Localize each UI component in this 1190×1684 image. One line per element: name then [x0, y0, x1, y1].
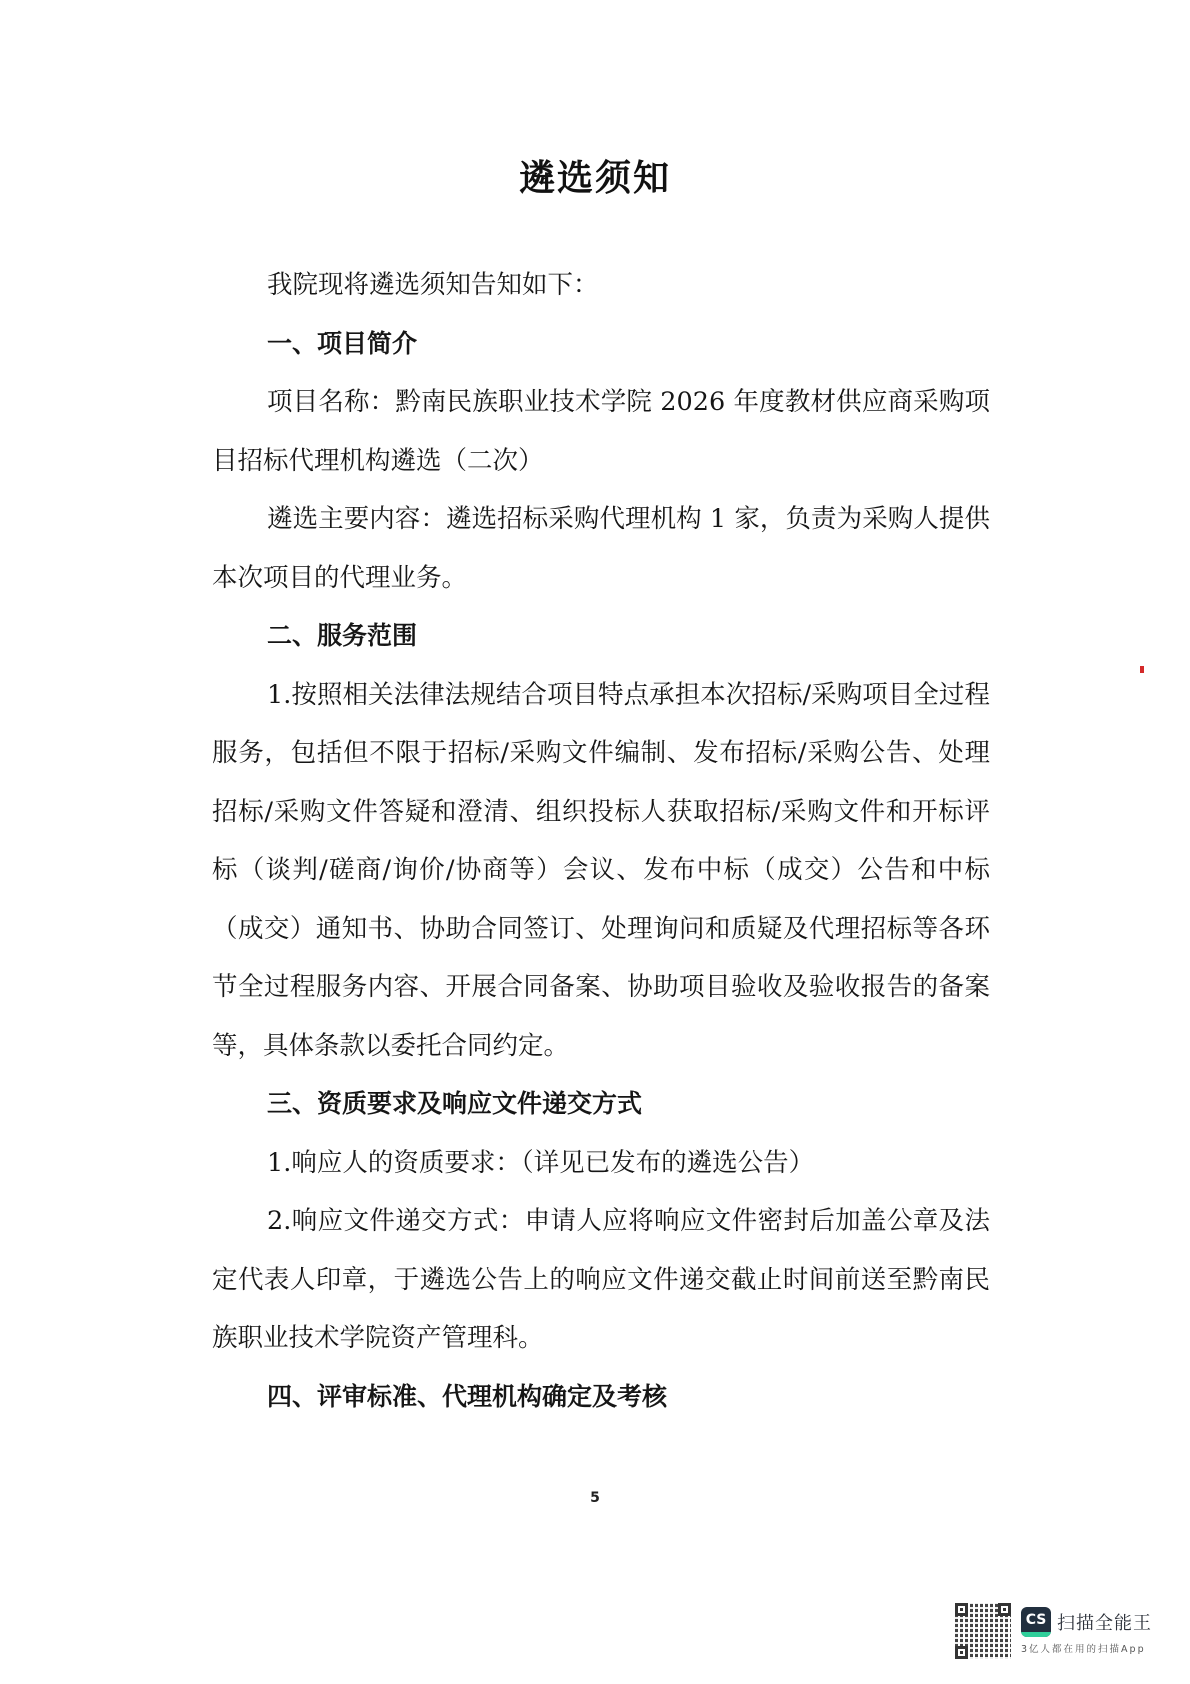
selection-content-paragraph: 遴选主要内容：遴选招标采购代理机构 1 家，负责为采购人提供本次项目的代理业务。 [212, 490, 990, 607]
document-body: 我院现将遴选须知告知如下： 一、项目简介 项目名称：黔南民族职业技术学院 202… [212, 256, 990, 1426]
scan-artifact-mark [1140, 666, 1144, 673]
document-title: 遴选须知 [0, 150, 1190, 201]
qualification-paragraph: 1.响应人的资质要求：（详见已发布的遴选公告） [212, 1134, 990, 1193]
section-heading-4: 四、评审标准、代理机构确定及考核 [212, 1368, 990, 1427]
section-heading-3: 三、资质要求及响应文件递交方式 [212, 1075, 990, 1134]
camscanner-logo-icon: CS [1021, 1607, 1051, 1637]
section-heading-1: 一、项目简介 [212, 315, 990, 374]
camscanner-slogan: 3亿人都在用的扫描App [1021, 1641, 1152, 1655]
camscanner-app-name: 扫描全能王 [1057, 1609, 1152, 1635]
service-scope-paragraph: 1.按照相关法律法规结合项目特点承担本次招标/采购项目全过程服务，包括但不限于招… [212, 666, 990, 1076]
submission-method-paragraph: 2.响应文件递交方式：申请人应将响应文件密封后加盖公章及法定代表人印章，于遴选公… [212, 1192, 990, 1368]
camscanner-watermark: CS 扫描全能王 3亿人都在用的扫描App [955, 1600, 1185, 1662]
qr-code-icon [955, 1603, 1011, 1659]
intro-paragraph: 我院现将遴选须知告知如下： [212, 256, 990, 315]
page-number: 5 [0, 1490, 1190, 1506]
camscanner-brand: CS 扫描全能王 3亿人都在用的扫描App [1021, 1607, 1152, 1655]
section-heading-2: 二、服务范围 [212, 607, 990, 666]
document-page: 遴选须知 我院现将遴选须知告知如下： 一、项目简介 项目名称：黔南民族职业技术学… [0, 0, 1190, 1684]
project-name-paragraph: 项目名称：黔南民族职业技术学院 2026 年度教材供应商采购项目招标代理机构遴选… [212, 373, 990, 490]
